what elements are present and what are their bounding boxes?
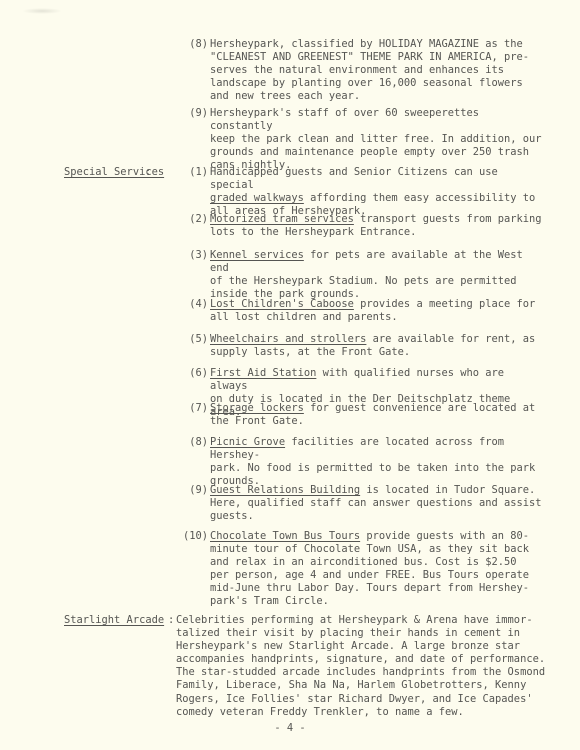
item-number: (1) <box>172 166 208 179</box>
item-number: (9) <box>172 484 208 497</box>
item-number: (10) <box>172 530 208 543</box>
item-text: Chocolate Town Bus Tours provide guests … <box>210 530 542 609</box>
item-text: Motorized tram services transport guests… <box>210 213 542 239</box>
item-underlined-term: First Aid Station <box>210 367 316 379</box>
item-number: (4) <box>172 298 208 311</box>
item-number: (8) <box>172 38 208 51</box>
item-underlined-term: Guest Relations Building <box>210 484 360 496</box>
item-text: Handicapped guests and Senior Citizens c… <box>210 166 542 218</box>
item-number: (3) <box>172 249 208 262</box>
item-number: (8) <box>172 436 208 449</box>
item-underlined-term: Chocolate Town Bus Tours <box>210 530 360 542</box>
item-text: Lost Children's Caboose provides a meeti… <box>210 298 542 324</box>
item-number: (2) <box>172 213 208 226</box>
item-underlined-term: Wheelchairs and strollers <box>210 333 366 345</box>
document-page: (8) Hersheypark, classified by HOLIDAY M… <box>0 0 580 750</box>
item-text: Kennel services for pets are available a… <box>210 249 542 301</box>
item-text: Storage lockers for guest convenience ar… <box>210 402 542 428</box>
item-number: (5) <box>172 333 208 346</box>
section-colon: : <box>168 614 174 627</box>
item-text: Guest Relations Building is located in T… <box>210 484 542 523</box>
item-text: Picnic Grove facilities are located acro… <box>210 436 542 488</box>
item-text: Wheelchairs and strollers are available … <box>210 333 542 359</box>
item-underlined-term: Storage lockers <box>210 402 304 414</box>
item-underlined-term: Motorized tram services <box>210 213 354 225</box>
item-number: (6) <box>172 367 208 380</box>
starlight-arcade-text: Celebrities performing at Hersheypark & … <box>176 614 546 719</box>
scan-smudge <box>22 8 62 14</box>
item-number: (7) <box>172 402 208 415</box>
item-underlined-term: Picnic Grove <box>210 436 285 448</box>
item-number: (9) <box>172 107 208 120</box>
item-underlined-term: Kennel services <box>210 249 304 261</box>
section-label-starlight-arcade: Starlight Arcade <box>64 614 164 627</box>
page-number: - 4 - <box>0 722 580 735</box>
item-underlined-term: graded walkways <box>210 192 304 204</box>
item-text: Hersheypark's staff of over 60 sweeperet… <box>210 107 542 172</box>
item-underlined-term: Lost Children's Caboose <box>210 298 354 310</box>
section-colon: : <box>145 166 151 179</box>
item-text: Hersheypark, classified by HOLIDAY MAGAZ… <box>210 38 542 103</box>
item-lead-text: Handicapped guests and Senior Citizens c… <box>210 166 498 191</box>
